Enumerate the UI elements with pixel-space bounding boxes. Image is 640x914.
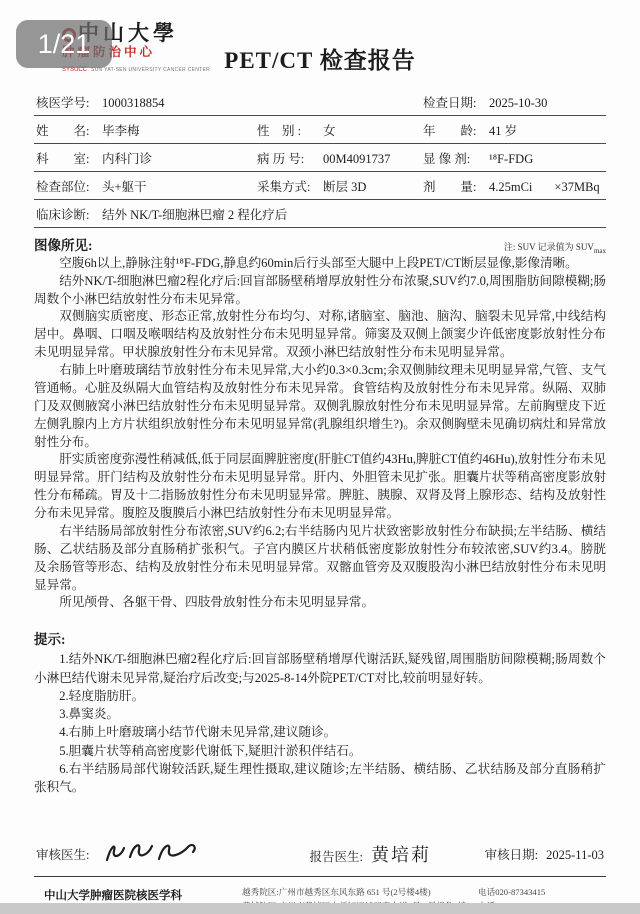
dose-extra-value: ×37MBq <box>554 180 599 195</box>
exam-date-value: 2025-10-30 <box>489 96 547 111</box>
suv-note: 注: SUV 记录值为 SUVmax <box>504 240 606 255</box>
photo-bottom-edge <box>0 903 640 914</box>
tracer-value: ¹⁸F-FDG <box>489 152 533 167</box>
findings-paragraph: 空腹6h以上,静脉注射¹⁸F-FDG,静息约60min后行头部至大腿中上段PET… <box>34 255 606 273</box>
org-campus1-phone: 电话020-87343415 <box>478 885 606 900</box>
region-label: 检查部位: <box>36 177 102 195</box>
dose-label: 剂 量: <box>423 177 489 195</box>
diagnosis-label: 临床诊断: <box>36 205 102 223</box>
patient-info-table: 核医学号: 1000318854 检查日期: 2025-10-30 姓 名: 毕… <box>34 88 606 228</box>
signature-scribble-icon <box>99 838 209 866</box>
reporter-name: 黄培莉 <box>371 841 431 867</box>
findings-heading: 图像所见: <box>34 234 93 254</box>
method-value: 断层 3D <box>323 177 366 195</box>
findings-paragraph: 肝实质密度弥漫性稍减低,低于同层面脾脏密度(肝脏CT值约43Hu,脾脏CT值约4… <box>34 451 606 523</box>
impression-section: 提示: 1.结外NK/T-细胞淋巴瘤2程化疗后:回盲部肠壁稍增厚代谢活跃,疑残留… <box>34 628 606 796</box>
findings-paragraph: 结外NK/T-细胞淋巴瘤2程化疗后:回盲部肠壁稍增厚放射性分布浓聚,SUV约7.… <box>34 273 606 309</box>
review-date-label: 审核日期: <box>485 845 538 863</box>
age-value: 41 岁 <box>489 121 517 139</box>
findings-body: 空腹6h以上,静脉注射¹⁸F-FDG,静息约60min后行头部至大腿中上段PET… <box>34 255 606 613</box>
sex-label: 性 别 : <box>257 121 323 139</box>
org-campus1-address: 越秀院区:广州市越秀区东风东路 651 号(2号楼4楼) <box>242 885 472 900</box>
name-label: 姓 名: <box>36 121 102 139</box>
reviewer-signature <box>99 838 249 870</box>
method-label: 采集方式: <box>257 177 323 195</box>
info-row-name: 姓 名: 毕李梅 性 别 : 女 年 龄: 41 岁 <box>34 116 606 144</box>
report-page: 中山大學 肿瘤防治中心 SYSUCCSUN YAT-SEN UNIVERSITY… <box>0 0 640 914</box>
signoff-row: 审核医生: 报告医生: 黄培莉 审核日期: 2025-11-03 <box>34 836 606 877</box>
findings-paragraph: 右半结肠局部放射性分布浓密,SUV约6.2;右半结肠内见片状致密影放射性分布缺损… <box>34 523 606 595</box>
impression-heading: 提示: <box>34 628 606 648</box>
dose-value: 4.25mCi <box>489 180 532 195</box>
dept-label: 科 室: <box>36 149 102 167</box>
info-row-exam: 检查部位: 头+躯干 采集方式: 断层 3D 剂 量: 4.25mCi ×37M… <box>34 172 606 200</box>
reviewer-label: 审核医生: <box>36 845 89 863</box>
diagnosis-value: 结外 NK/T-细胞淋巴瘤 2 程化疗后 <box>102 205 287 223</box>
record-label: 病 历 号: <box>257 149 323 167</box>
age-label: 年 龄: <box>423 121 489 139</box>
info-row-ids: 核医学号: 1000318854 检查日期: 2025-10-30 <box>34 88 606 116</box>
reporter-label: 报告医生: <box>309 847 362 865</box>
review-date-value: 2025-11-03 <box>546 848 604 863</box>
findings-paragraph: 右肺上叶磨玻璃结节放射性分布未见异常,大小约0.3×0.3cm;余双侧肺纹理未见… <box>34 362 606 451</box>
region-value: 头+躯干 <box>102 177 147 195</box>
tracer-label: 显 像 剂: <box>423 149 489 167</box>
findings-paragraph: 所见颅骨、各躯干骨、四肢骨放射性分布未见明显异常。 <box>34 594 606 612</box>
blank-space <box>34 796 606 835</box>
impression-item: 4.右肺上叶磨玻璃小结节代谢未见异常,建议随诊。 <box>34 723 606 741</box>
info-row-diagnosis: 临床诊断: 结外 NK/T-细胞淋巴瘤 2 程化疗后 <box>34 200 606 228</box>
impression-item: 3.鼻窦炎。 <box>34 705 606 723</box>
record-value: 00M4091737 <box>323 152 390 167</box>
dept-value: 内科门诊 <box>102 149 152 167</box>
info-row-dept: 科 室: 内科门诊 病 历 号: 00M4091737 显 像 剂: ¹⁸F-F… <box>34 144 606 172</box>
exam-date-label: 检查日期: <box>423 93 489 111</box>
sex-value: 女 <box>323 121 336 139</box>
impression-item: 6.右半结肠局部代谢较活跃,疑生理性摄取,建议随诊;左半结肠、横结肠、乙状结肠及… <box>34 760 606 797</box>
page-counter-badge: 1/21 <box>16 20 112 68</box>
report-title: PET/CT 检查报告 <box>34 42 606 75</box>
med-id-value: 1000318854 <box>102 96 165 111</box>
impression-item: 2.轻度脂肪肝。 <box>34 687 606 705</box>
impression-item: 1.结外NK/T-细胞淋巴瘤2程化疗后:回盲部肠壁稍增厚代谢活跃,疑残留,周围脂… <box>34 650 606 687</box>
name-value: 毕李梅 <box>102 121 140 139</box>
med-id-label: 核医学号: <box>36 93 102 111</box>
report-header: 中山大學 肿瘤防治中心 SYSUCCSUN YAT-SEN UNIVERSITY… <box>34 20 606 84</box>
findings-section: 图像所见: 注: SUV 记录值为 SUVmax 空腹6h以上,静脉注射¹⁸F-… <box>34 228 606 612</box>
impression-item: 5.胆囊片状等稍高密度影代谢低下,疑胆汁淤积伴结石。 <box>34 742 606 760</box>
findings-paragraph: 双侧脑实质密度、形态正常,放射性分布均匀、对称,诸脑室、脑池、脑沟、脑裂未见异常… <box>34 308 606 362</box>
